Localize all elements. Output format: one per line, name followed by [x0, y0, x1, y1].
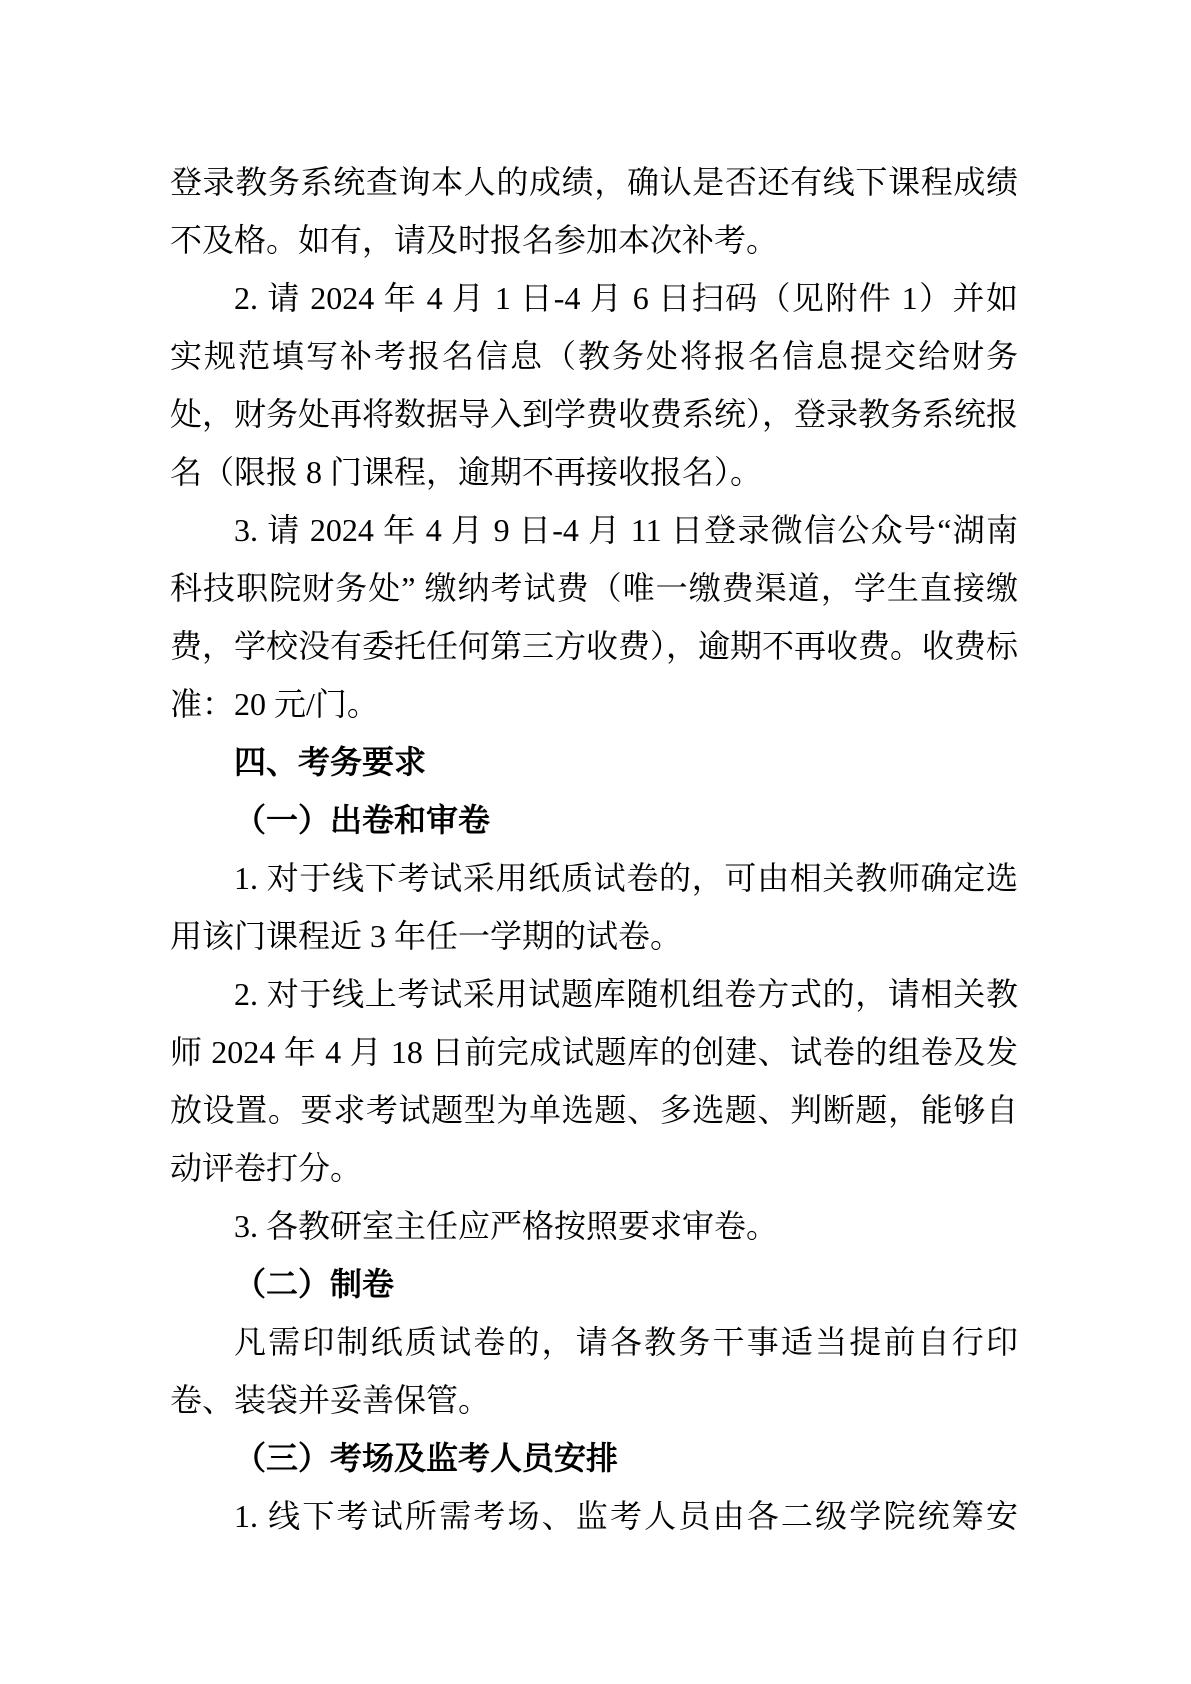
document-line: 1. 线下考试所需考场、监考人员由各二级学院统筹安 [170, 1487, 1018, 1545]
document-line: 用该门课程近 3 年任一学期的试卷。 [170, 907, 1018, 965]
document-line: 实规范填写补考报名信息（教务处将报名信息提交给财务 [170, 327, 1018, 385]
document-line: 登录教务系统查询本人的成绩，确认是否还有线下课程成绩 [170, 153, 1018, 211]
subsection-heading: （三）考场及监考人员安排 [170, 1429, 1018, 1487]
document-line: 费，学校没有委托任何第三方收费），逾期不再收费。收费标 [170, 617, 1018, 675]
document-line: 3. 请 2024 年 4 月 9 日-4 月 11 日登录微信公众号“湖南 [170, 501, 1018, 559]
document-line: 凡需印制纸质试卷的，请各教务干事适当提前自行印 [170, 1313, 1018, 1371]
document-content: 登录教务系统查询本人的成绩，确认是否还有线下课程成绩不及格。如有，请及时报名参加… [170, 153, 1018, 1545]
document-line: 不及格。如有，请及时报名参加本次补考。 [170, 211, 1018, 269]
document-line: 卷、装袋并妥善保管。 [170, 1371, 1018, 1429]
document-page: 登录教务系统查询本人的成绩，确认是否还有线下课程成绩不及格。如有，请及时报名参加… [0, 0, 1191, 1684]
document-line: 动评卷打分。 [170, 1139, 1018, 1197]
document-line: 科技职院财务处” 缴纳考试费（唯一缴费渠道，学生直接缴 [170, 559, 1018, 617]
document-line: 1. 对于线下考试采用纸质试卷的，可由相关教师确定选 [170, 849, 1018, 907]
document-line: 2. 请 2024 年 4 月 1 日-4 月 6 日扫码（见附件 1）并如 [170, 269, 1018, 327]
document-line: 处，财务处再将数据导入到学费收费系统），登录教务系统报 [170, 385, 1018, 443]
document-line: 师 2024 年 4 月 18 日前完成试题库的创建、试卷的组卷及发 [170, 1023, 1018, 1081]
subsection-heading: （一）出卷和审卷 [170, 791, 1018, 849]
document-line: 准：20 元/门。 [170, 675, 1018, 733]
document-line: 3. 各教研室主任应严格按照要求审卷。 [170, 1197, 1018, 1255]
section-heading: 四、考务要求 [170, 733, 1018, 791]
document-line: 放设置。要求考试题型为单选题、多选题、判断题，能够自 [170, 1081, 1018, 1139]
subsection-heading: （二）制卷 [170, 1255, 1018, 1313]
document-line: 2. 对于线上考试采用试题库随机组卷方式的，请相关教 [170, 965, 1018, 1023]
document-line: 名（限报 8 门课程，逾期不再接收报名）。 [170, 443, 1018, 501]
